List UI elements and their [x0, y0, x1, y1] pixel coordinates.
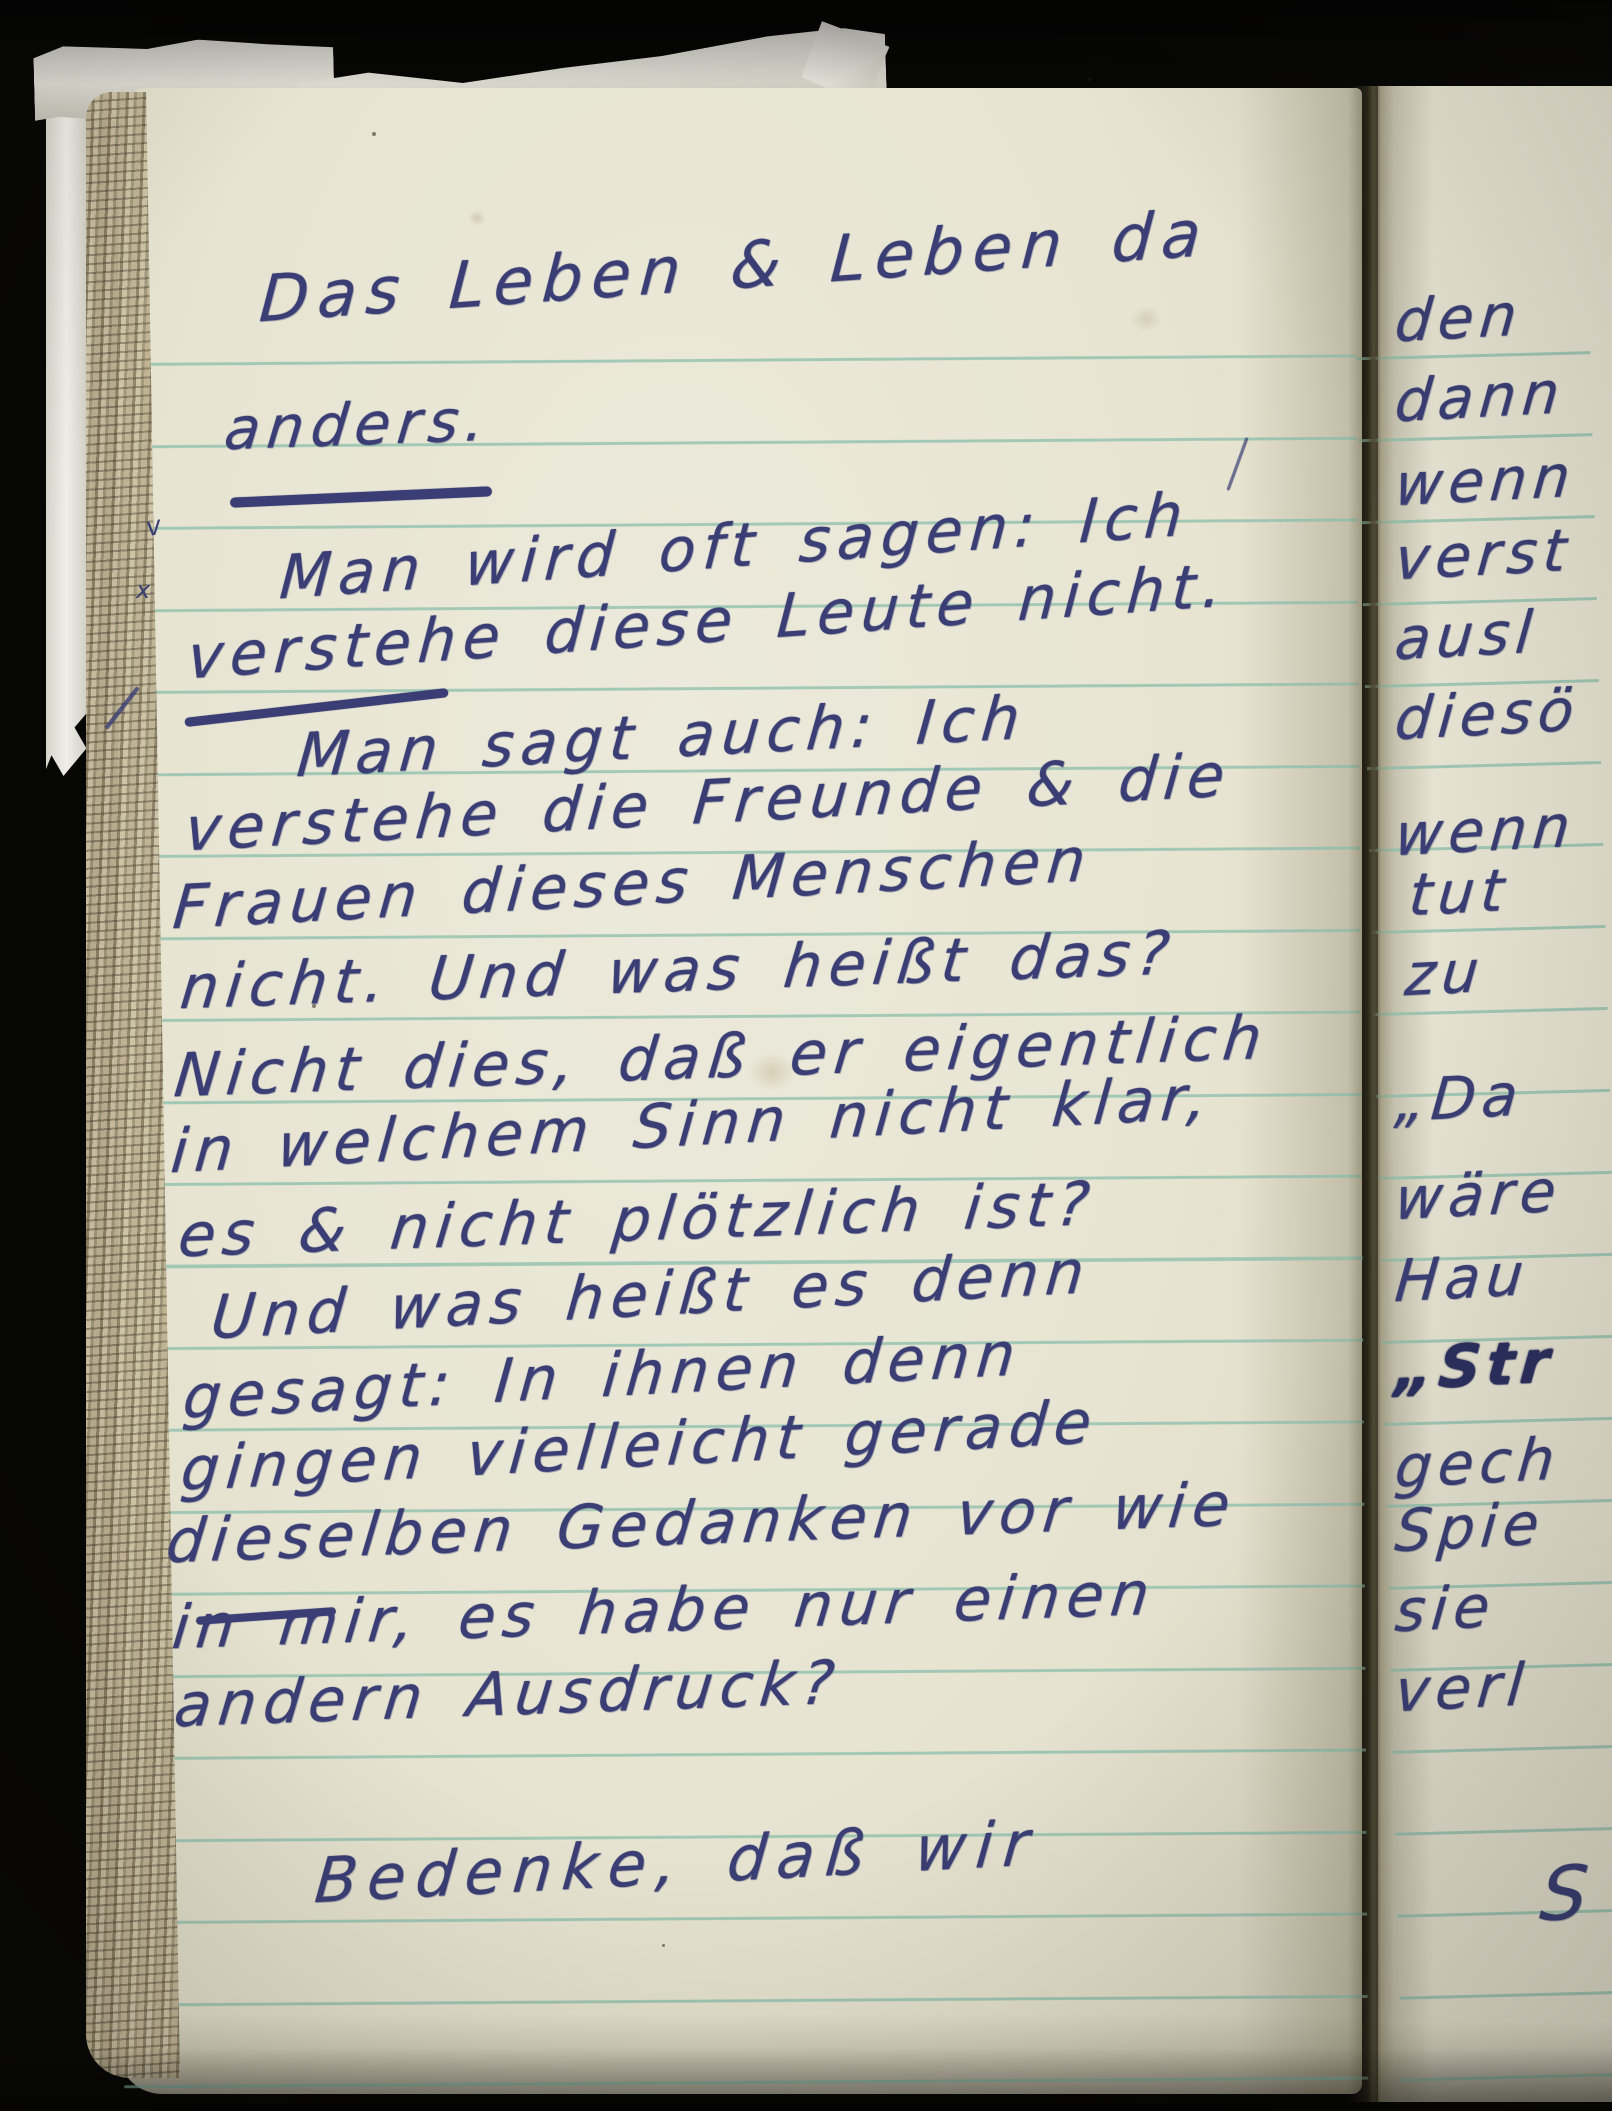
handwriting-fragment: Spie: [1393, 1494, 1547, 1560]
handwriting-fragment: Hau: [1393, 1245, 1532, 1310]
handwriting-fragment: verl: [1393, 1655, 1532, 1720]
handwriting-fragment: wäre: [1393, 1161, 1564, 1228]
handwriting-fragment: verst: [1393, 521, 1575, 589]
gutter-fold: [1348, 86, 1394, 2102]
notebook-photo: Das Leben & Leben da anders. Man wird of…: [0, 0, 1612, 2111]
paper-stain: [1130, 306, 1162, 332]
handwriting-fragment: wenn: [1393, 797, 1578, 865]
handwriting-fragment: dann: [1393, 363, 1568, 430]
handwriting-fragment: den: [1393, 285, 1525, 350]
handwriting-fragment: S: [1537, 1855, 1596, 1932]
handwriting-fragment-scribbled: „Str: [1393, 1332, 1557, 1399]
paper-speck: [372, 132, 376, 136]
handwriting-fragment: zu: [1403, 942, 1487, 1004]
handwriting-fragment: diesö: [1393, 680, 1582, 748]
handwriting-fragment: ausl: [1393, 603, 1541, 669]
handwriting-line: anders.: [222, 391, 494, 459]
handwriting-fragment: gech: [1393, 1429, 1563, 1496]
handwriting-fragment: „Da: [1393, 1065, 1526, 1130]
margin-x-mark: x: [136, 576, 150, 604]
handwriting-fragment: tut: [1407, 861, 1512, 925]
paper-speck: [662, 1944, 665, 1947]
paper-speck: [1088, 78, 1091, 81]
handwriting-fragment: wenn: [1393, 447, 1578, 515]
paper-stain: [468, 210, 486, 226]
handwriting-fragment: sie: [1393, 1577, 1498, 1641]
tape-strip-left: [46, 84, 92, 776]
